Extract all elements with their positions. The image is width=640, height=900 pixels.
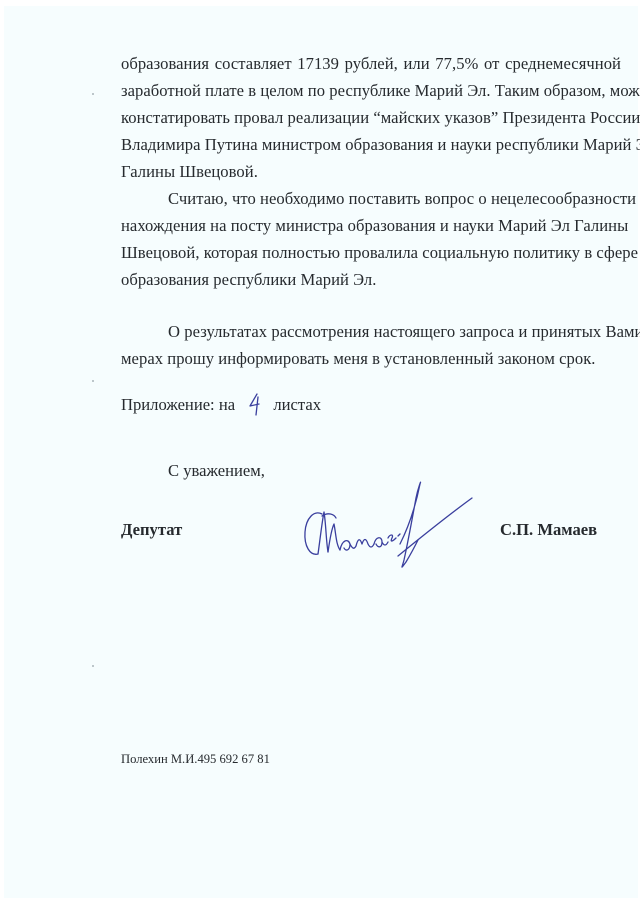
- text-line: Швецовой, которая полностью провалила со…: [121, 239, 621, 266]
- text-line: образования составляет 17139 рублей, или…: [121, 50, 621, 77]
- text-line: констатировать провал реализации “майски…: [121, 104, 621, 131]
- margin-mark: [92, 380, 94, 382]
- paragraph-request-dismissal: Считаю, что необходимо поставить вопрос …: [121, 185, 621, 293]
- paragraph-request-response: О результатах рассмотрения настоящего за…: [121, 318, 621, 372]
- attachment-label: Приложение: на: [121, 395, 235, 414]
- text-line: нахождения на посту министра образования…: [121, 212, 621, 239]
- signature-icon: [300, 474, 480, 574]
- text-line: заработной плате в целом по республике М…: [121, 77, 621, 104]
- handwritten-signature: [300, 474, 480, 579]
- paragraph-salary-fact: образования составляет 17139 рублей, или…: [121, 50, 621, 185]
- attachment-unit: листах: [273, 395, 321, 414]
- handwritten-four-icon: [247, 393, 263, 417]
- signer-position: Депутат: [121, 516, 182, 543]
- footer-contact: Полехин М.И.495 692 67 81: [121, 750, 270, 768]
- attachment-line: Приложение: на листах: [121, 391, 321, 418]
- text-line: образования республики Марий Эл.: [121, 266, 621, 293]
- document-page: образования составляет 17139 рублей, или…: [4, 6, 638, 898]
- margin-mark: [92, 93, 94, 95]
- text-line: Галины Швецовой.: [121, 158, 621, 185]
- text-line: Владимира Путина министром образования и…: [121, 131, 621, 158]
- margin-mark: [92, 665, 94, 667]
- handwritten-sheet-count: [239, 391, 269, 418]
- closing-salutation: С уважением,: [168, 457, 265, 484]
- text-line: О результатах рассмотрения настоящего за…: [121, 318, 621, 345]
- signer-name: С.П. Мамаев: [500, 516, 597, 543]
- text-line: мерах прошу информировать меня в установ…: [121, 345, 621, 372]
- text-line: Считаю, что необходимо поставить вопрос …: [121, 185, 621, 212]
